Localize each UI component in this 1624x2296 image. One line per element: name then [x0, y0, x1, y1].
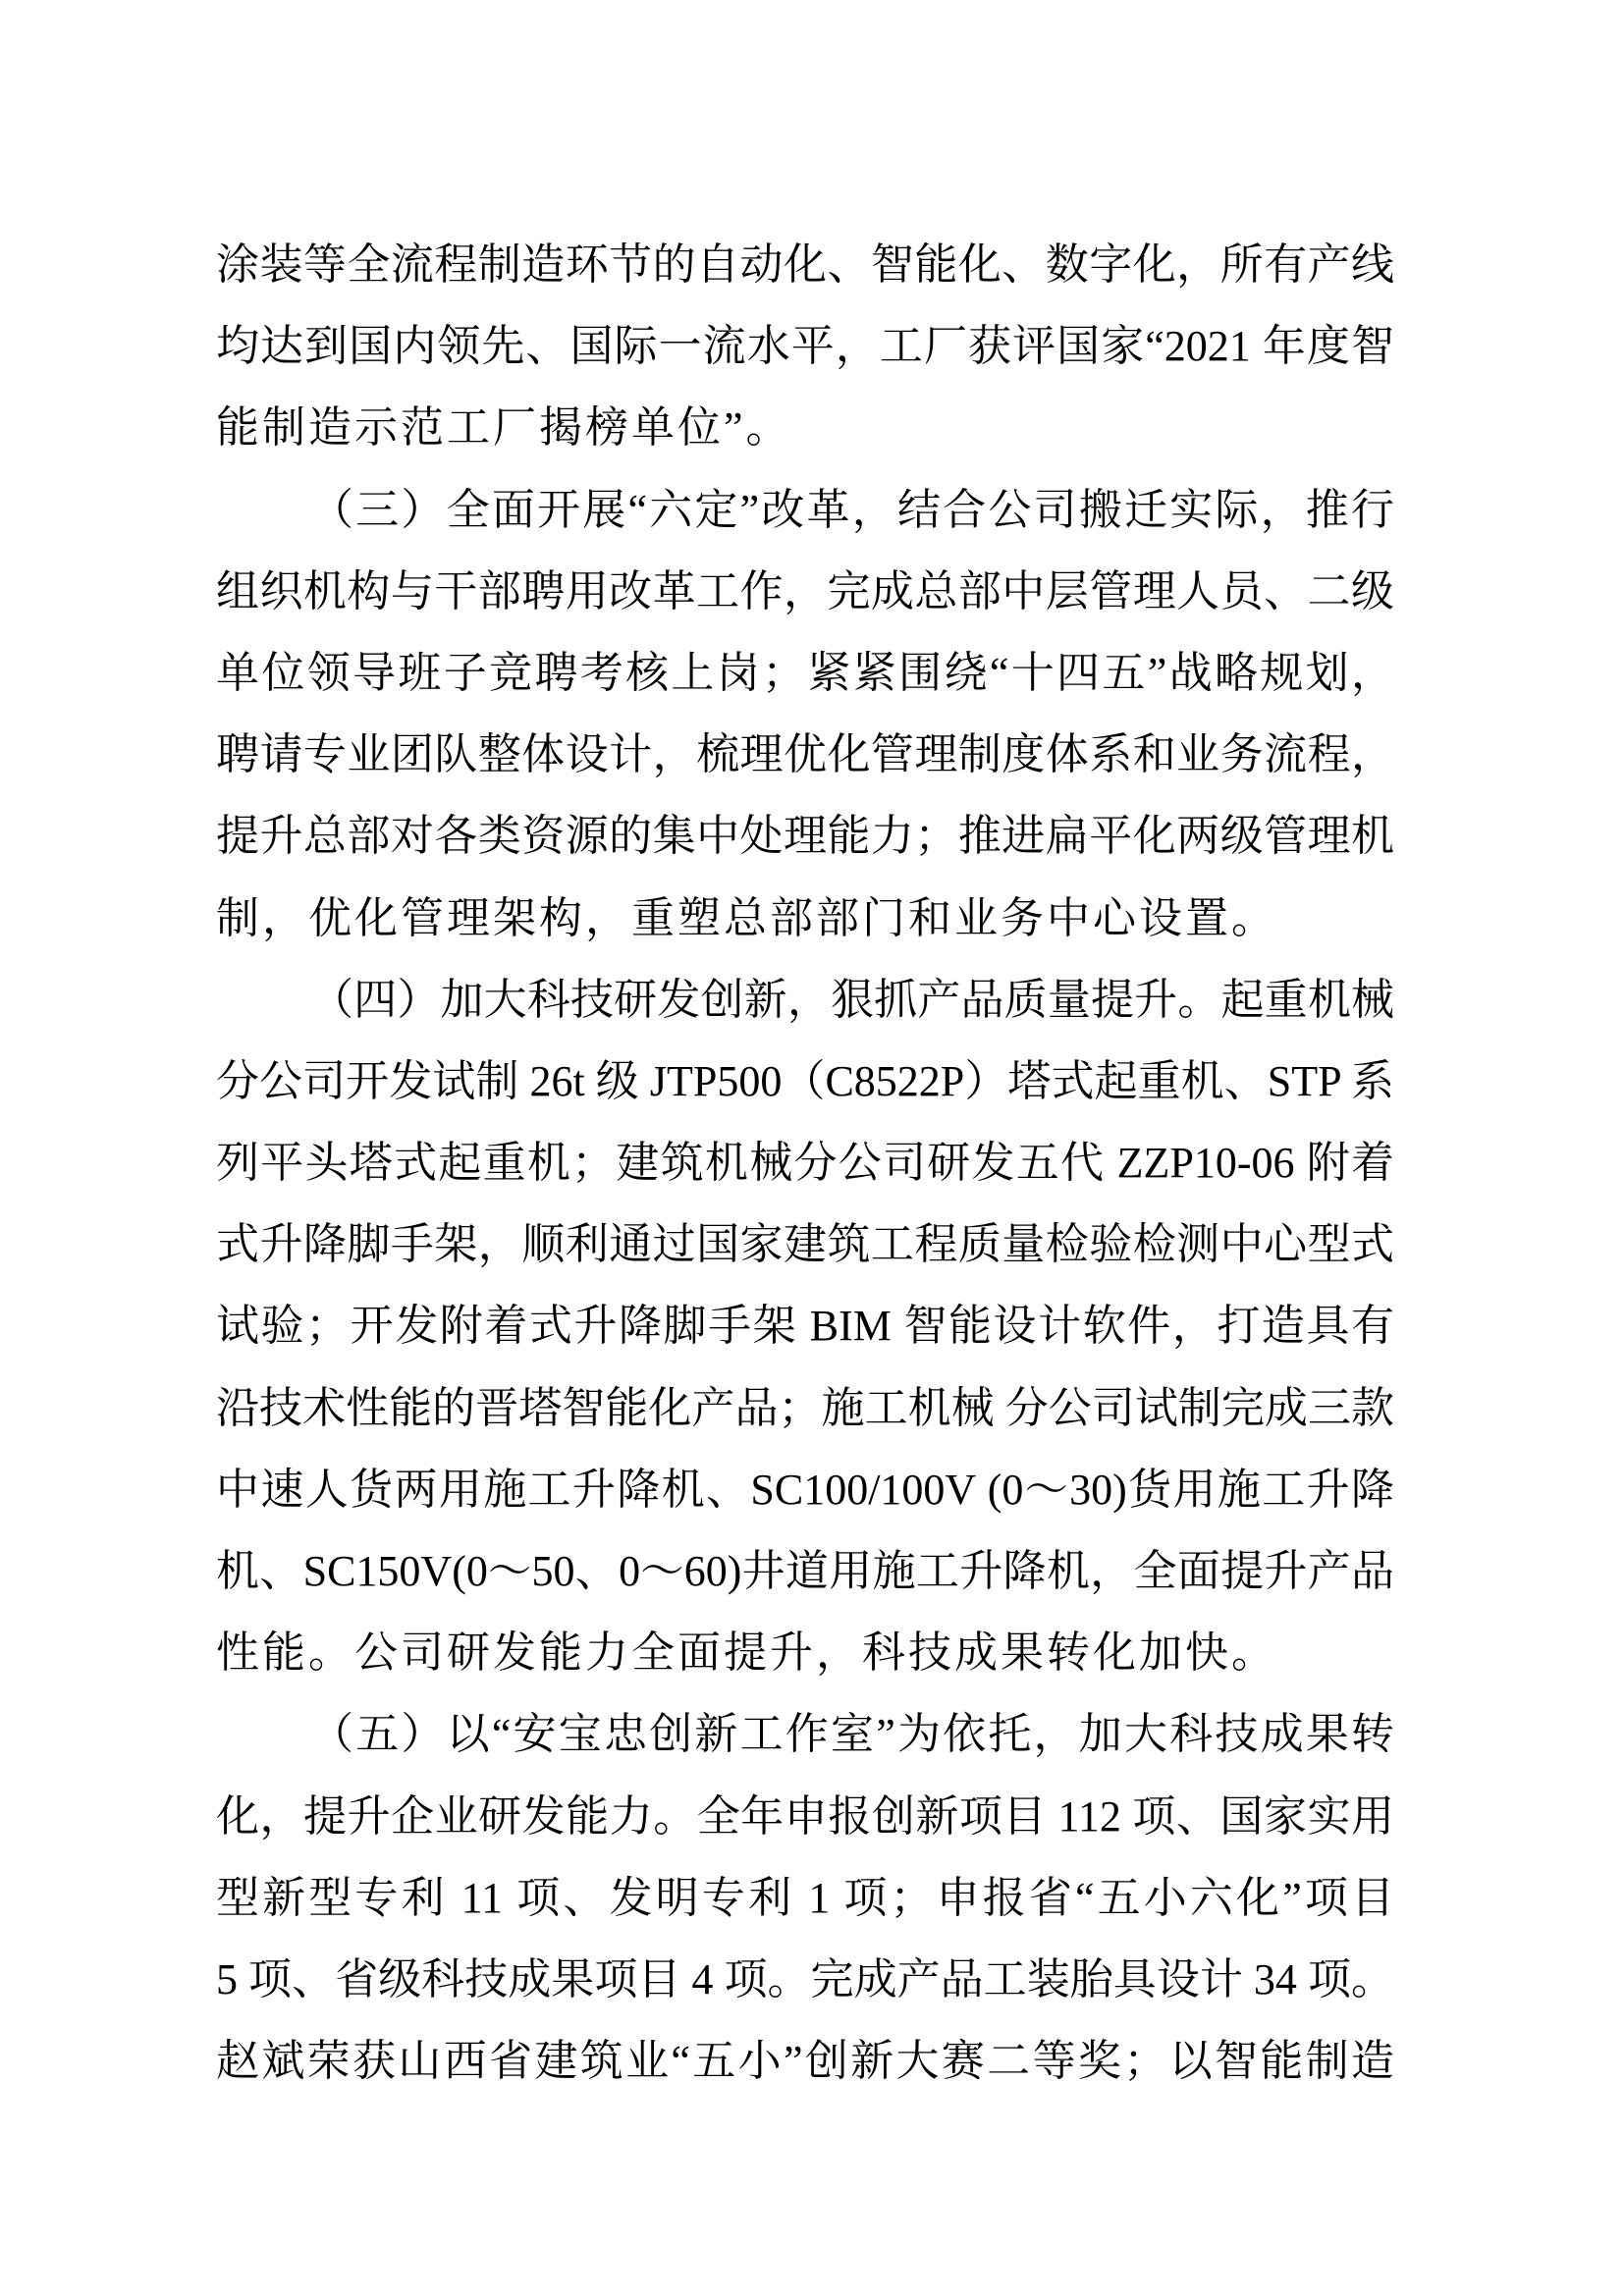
text-line: 制，优化管理架构，重塑总部部门和业务中心设置。 [216, 878, 1394, 959]
text-line: 赵斌荣获山西省建筑业“五小”创新大赛二等奖；以智能制造 [216, 2020, 1394, 2102]
text-line: 涂装等全流程制造环节的自动化、智能化、数字化，所有产线 [216, 224, 1394, 305]
text-line: 分公司开发试制 26t 级 JTP500（C8522P）塔式起重机、STP 系 [216, 1041, 1394, 1122]
text-line: 能制造示范工厂揭榜单位”。 [216, 387, 1394, 468]
text-line: （四）加大科技研发创新，狠抓产品质量提升。起重机械 [216, 959, 1394, 1041]
text-line: 5 项、省级科技成果项目 4 项。完成产品工装胎具设计 34 项。 [216, 1939, 1394, 2020]
text-line: 组织机构与干部聘用改革工作，完成总部中层管理人员、二级 [216, 551, 1394, 632]
text-line: 式升降脚手架，顺利通过国家建筑工程质量检验检测中心型式 [216, 1203, 1394, 1285]
text-line: 机、SC150V(0～50、0～60)井道用施工升降机，全面提升产品 [216, 1530, 1394, 1612]
text-line: 沿技术性能的晋塔智能化产品；施工机械 分公司试制完成三款 [216, 1367, 1394, 1449]
text-block: 涂装等全流程制造环节的自动化、智能化、数字化，所有产线 均达到国内领先、国际一流… [216, 224, 1394, 2102]
document-page: 涂装等全流程制造环节的自动化、智能化、数字化，所有产线 均达到国内领先、国际一流… [0, 0, 1624, 2296]
text-line: 均达到国内领先、国际一流水平，工厂获评国家“2021 年度智 [216, 305, 1394, 387]
text-line: 试验；开发附着式升降脚手架 BIM 智能设计软件，打造具有前 [216, 1285, 1394, 1366]
text-line: 聘请专业团队整体设计，梳理优化管理制度体系和业务流程， [216, 714, 1394, 795]
text-line: 提升总部对各类资源的集中处理能力；推进扁平化两级管理机 [216, 795, 1394, 877]
text-line: 性能。公司研发能力全面提升，科技成果转化加快。 [216, 1612, 1394, 1693]
text-line: 列平头塔式起重机；建筑机械分公司研发五代 ZZP10-06 附着 [216, 1122, 1394, 1203]
text-line: 单位领导班子竞聘考核上岗；紧紧围绕“十四五”战略规划， [216, 632, 1394, 714]
text-line: （五）以“安宝忠创新工作室”为依托，加大科技成果转 [216, 1693, 1394, 1775]
text-line: 型新型专利 11 项、发明专利 1 项；申报省“五小六化”项目 [216, 1857, 1394, 1939]
text-line: （三）全面开展“六定”改革，结合公司搬迁实际，推行 [216, 469, 1394, 551]
text-line: 化，提升企业研发能力。全年申报创新项目 112 项、国家实用 [216, 1776, 1394, 1857]
text-line: 中速人货两用施工升降机、SC100/100V (0～30)货用施工升降 [216, 1449, 1394, 1530]
